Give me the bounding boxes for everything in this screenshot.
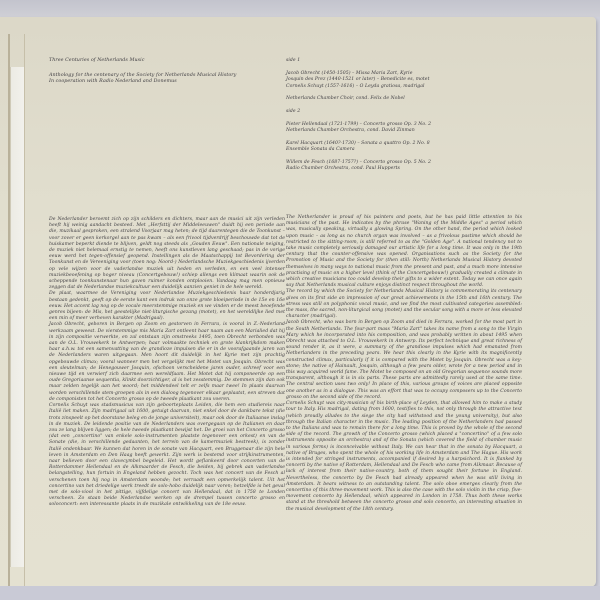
subtitle-line-2: In cooperation with Radio Nederland and … <box>49 79 289 85</box>
work: Willem de Fesch (1687-1757?) – Concerto … <box>286 160 431 165</box>
track-listing: side 1 Jacob Obrecht (1450-1505) – Missa… <box>286 58 506 179</box>
paragraph: The Netherlander is proud of his painter… <box>286 215 522 289</box>
track: Jacob Obrecht (1450-1505) – Missa Maria … <box>286 71 412 76</box>
english-liner-notes: The Netherlander is proud of his painter… <box>286 215 522 513</box>
side-2-item: Willem de Fesch (1687-1757?) – Concerto … <box>286 160 506 172</box>
work: Karel Hacquart (1640?-1730) – Sonata a q… <box>286 141 430 146</box>
side-1-performer: Netherlands Chamber Choir, cond. Felix d… <box>286 96 506 102</box>
paragraph: Jacob Obrecht, geboren in Bergen op Zoom… <box>49 322 285 403</box>
paragraph: The record by which the Society for Neth… <box>286 289 522 320</box>
paragraph: Cornelis Schuyt was stadsmusicus van zij… <box>49 403 285 508</box>
album-subtitle: Anthology for the centenary of the Socie… <box>49 73 289 85</box>
record-sleeve-back: Three Centuries of Netherlands Music Ant… <box>0 17 596 587</box>
performer: Netherlands Chamber Orchestra, cond. Dav… <box>286 128 415 133</box>
paragraph: Cornelis Schuyt was city-musician of his… <box>286 401 522 513</box>
paragraph: Jacob Obrecht, who was born in Bergen op… <box>286 320 522 401</box>
track: Josquin des Prez (1440-1521 or later) – … <box>286 77 429 82</box>
performer: Ensemble Sonata da Camera <box>286 147 355 152</box>
paragraph: De Nederlander beroemt zich op zijn schi… <box>49 217 285 291</box>
side-2-item: Pieter Hellendaal (1721-1799) – Concerto… <box>286 122 506 134</box>
side-2-item: Karel Hacquart (1640?-1730) – Sonata a q… <box>286 141 506 153</box>
spine-paper-tab <box>10 67 25 567</box>
side-2-label: side 2 <box>286 109 506 115</box>
work: Pieter Hellendaal (1721-1799) – Concerto… <box>286 122 431 127</box>
side-1-tracks: Jacob Obrecht (1450-1505) – Missa Maria … <box>286 71 506 90</box>
side-1-label: side 1 <box>286 58 506 64</box>
album-title: Three Centuries of Netherlands Music <box>49 58 144 64</box>
paragraph: De plaat, waarmee de Vereniging voor Ned… <box>49 291 285 322</box>
performer: Radio Chamber Orchestra, cond. Paul Hupp… <box>286 166 400 171</box>
background-top <box>0 0 600 17</box>
track: Cornelis Schuyt (1557-1616) – O Leyda gr… <box>286 84 425 89</box>
dutch-liner-notes: De Nederlander beroemt zich op zijn schi… <box>49 217 285 509</box>
spine-edge <box>24 34 25 594</box>
background-bottom <box>0 586 600 600</box>
